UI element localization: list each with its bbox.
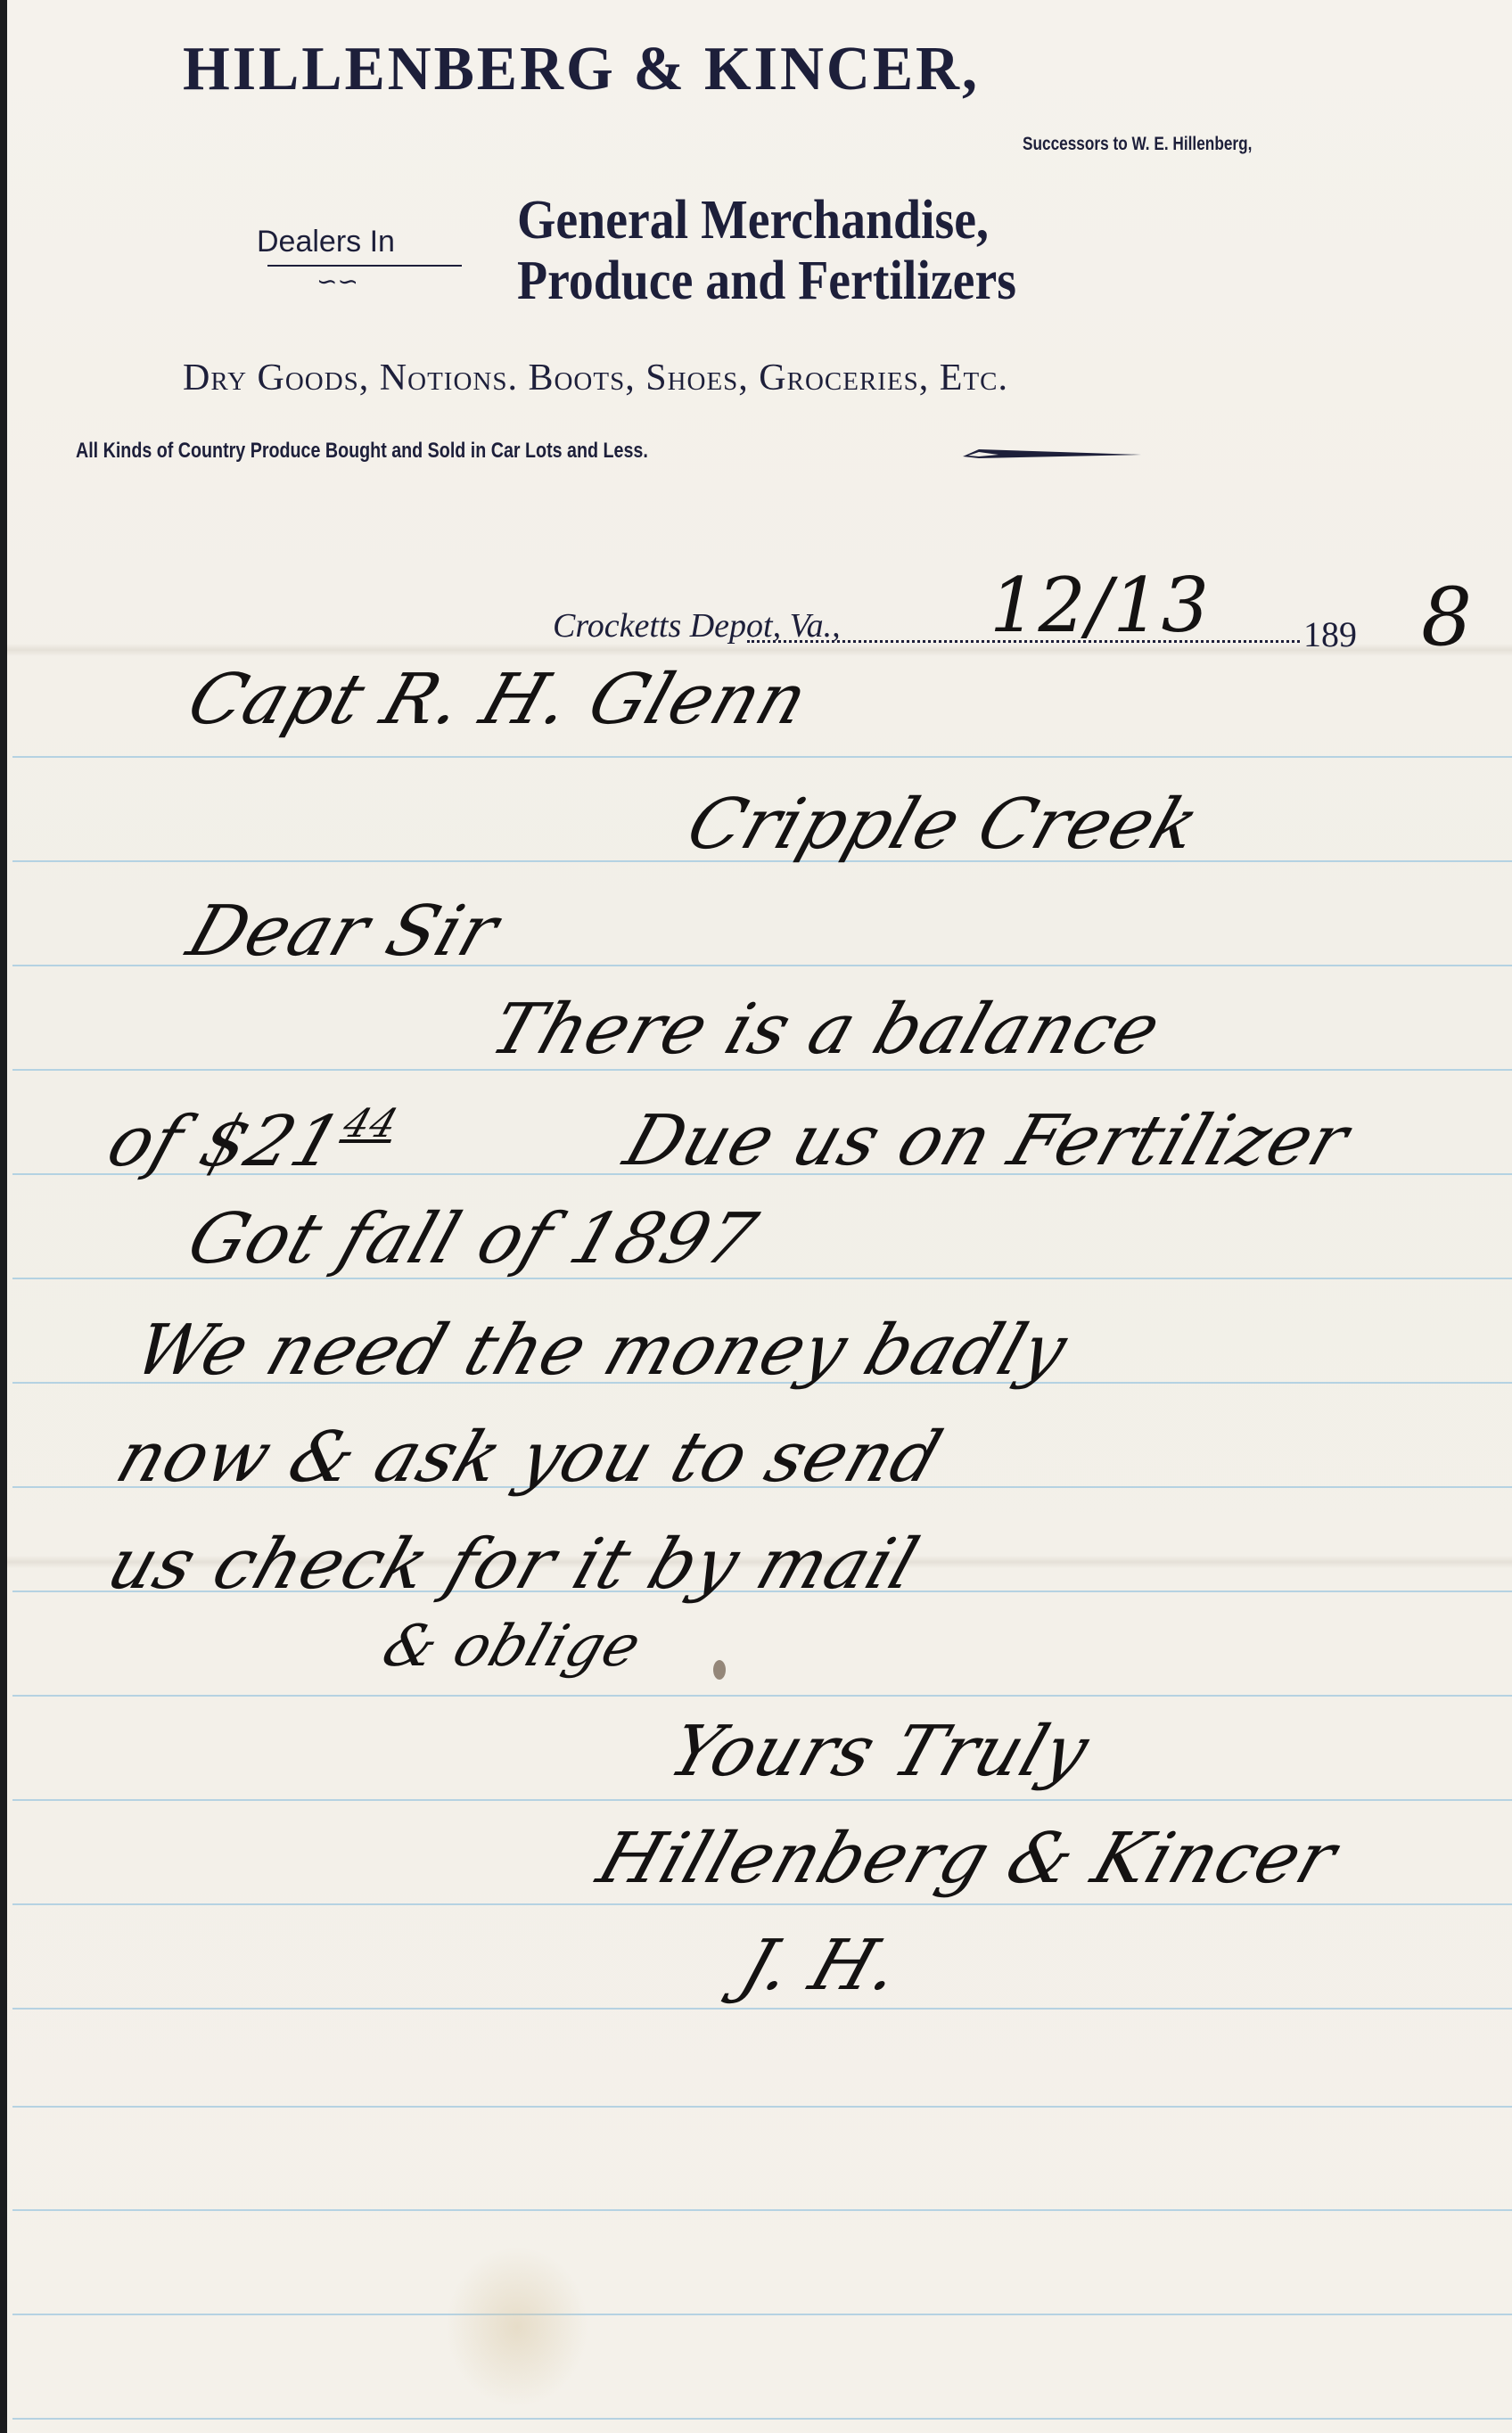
dateline-year-printed: 189 <box>1303 613 1357 655</box>
produce-line: All Kinds of Country Produce Bought and … <box>76 439 648 464</box>
dealers-in-underline <box>267 265 462 267</box>
closing: Yours Truly <box>660 1712 1099 1792</box>
ruled-line <box>12 2106 1512 2108</box>
body-line: now & ask you to send <box>107 1418 951 1498</box>
ruled-line <box>12 756 1512 758</box>
handwritten-year-digit: 8 <box>1421 571 1473 664</box>
paper-stain <box>446 2247 588 2407</box>
recipient-name: Capt R. H. Glenn <box>178 660 818 740</box>
goods-line: Dry Goods, Notions. Boots, Shoes, Grocer… <box>183 357 1008 399</box>
dealers-in-label: Dealers In <box>257 225 395 259</box>
body-line: & oblige <box>374 1614 650 1680</box>
recipient-place: Cripple Creek <box>678 785 1209 865</box>
ink-blot <box>713 1660 726 1680</box>
greeting: Dear Sir <box>178 892 508 972</box>
body-line: There is a balance <box>481 990 1171 1070</box>
firm-name: HILLENBERG & KINCER, <box>183 34 980 105</box>
ruled-line <box>12 2209 1512 2211</box>
successors-line: Successors to W. E. Hillenberg, <box>1023 134 1252 155</box>
pen-nib-icon <box>963 448 1141 460</box>
ruled-line <box>12 1903 1512 1905</box>
ruled-line <box>12 1799 1512 1801</box>
body-line: We need the money badly <box>125 1311 1077 1391</box>
amount-dollars: of $21 <box>98 1102 352 1182</box>
paper-fold <box>7 644 1512 656</box>
ruled-line <box>12 1695 1512 1697</box>
body-line: Got fall of 1897 <box>178 1199 767 1279</box>
letterhead: HILLENBERG & KINCER, Successors to W. E.… <box>0 0 1512 499</box>
body-line: Due us on Fertilizer <box>615 1101 1359 1181</box>
ruled-line <box>12 2314 1512 2315</box>
merchandise-line-2: Produce and Fertilizers <box>517 250 1016 313</box>
ruled-line <box>12 2008 1512 2010</box>
handwritten-date: 12/13 <box>990 562 1210 649</box>
body-line-amount: of $2144 <box>98 1101 404 1182</box>
signature: Hillenberg & Kincer <box>588 1819 1346 1899</box>
ornament-icon: ∽∽ <box>316 269 358 294</box>
merchandise-line-1: General Merchandise, <box>517 189 989 252</box>
body-line: us check for it by mail <box>98 1525 928 1605</box>
ruled-line <box>12 2418 1512 2420</box>
signer-initials: J. H. <box>731 1926 911 2006</box>
